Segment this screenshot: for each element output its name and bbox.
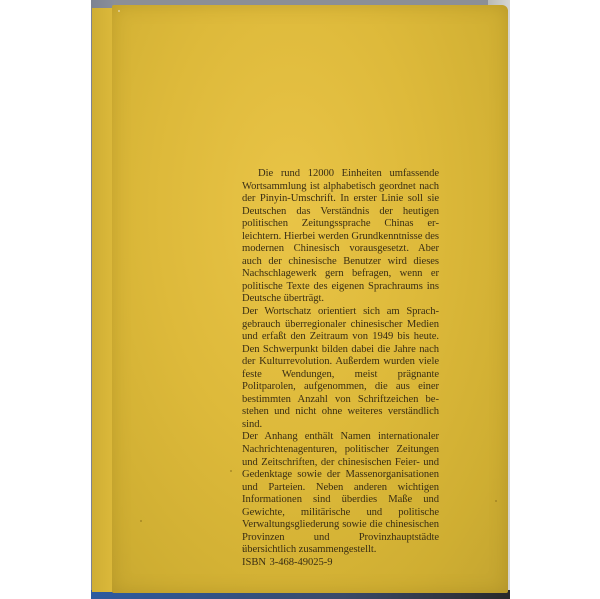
cover-speck: [140, 520, 142, 522]
isbn: ISBN 3-468-49025-9: [242, 557, 439, 570]
blurb-paragraph-3: Der Anhang enthält Namen internationaler…: [242, 431, 439, 556]
blurb-text: Die rund 12000 Einheiten umfassende Wort…: [242, 168, 439, 570]
cover-speck: [495, 500, 497, 502]
cover-left-edge: [92, 8, 114, 592]
cover-speck: [118, 10, 120, 12]
blurb-paragraph-1: Die rund 12000 Einheiten umfassende Wort…: [242, 168, 439, 306]
cover-speck: [230, 470, 232, 472]
blurb-paragraph-2: Der Wortschatz orientiert sich am Sprach…: [242, 306, 439, 431]
